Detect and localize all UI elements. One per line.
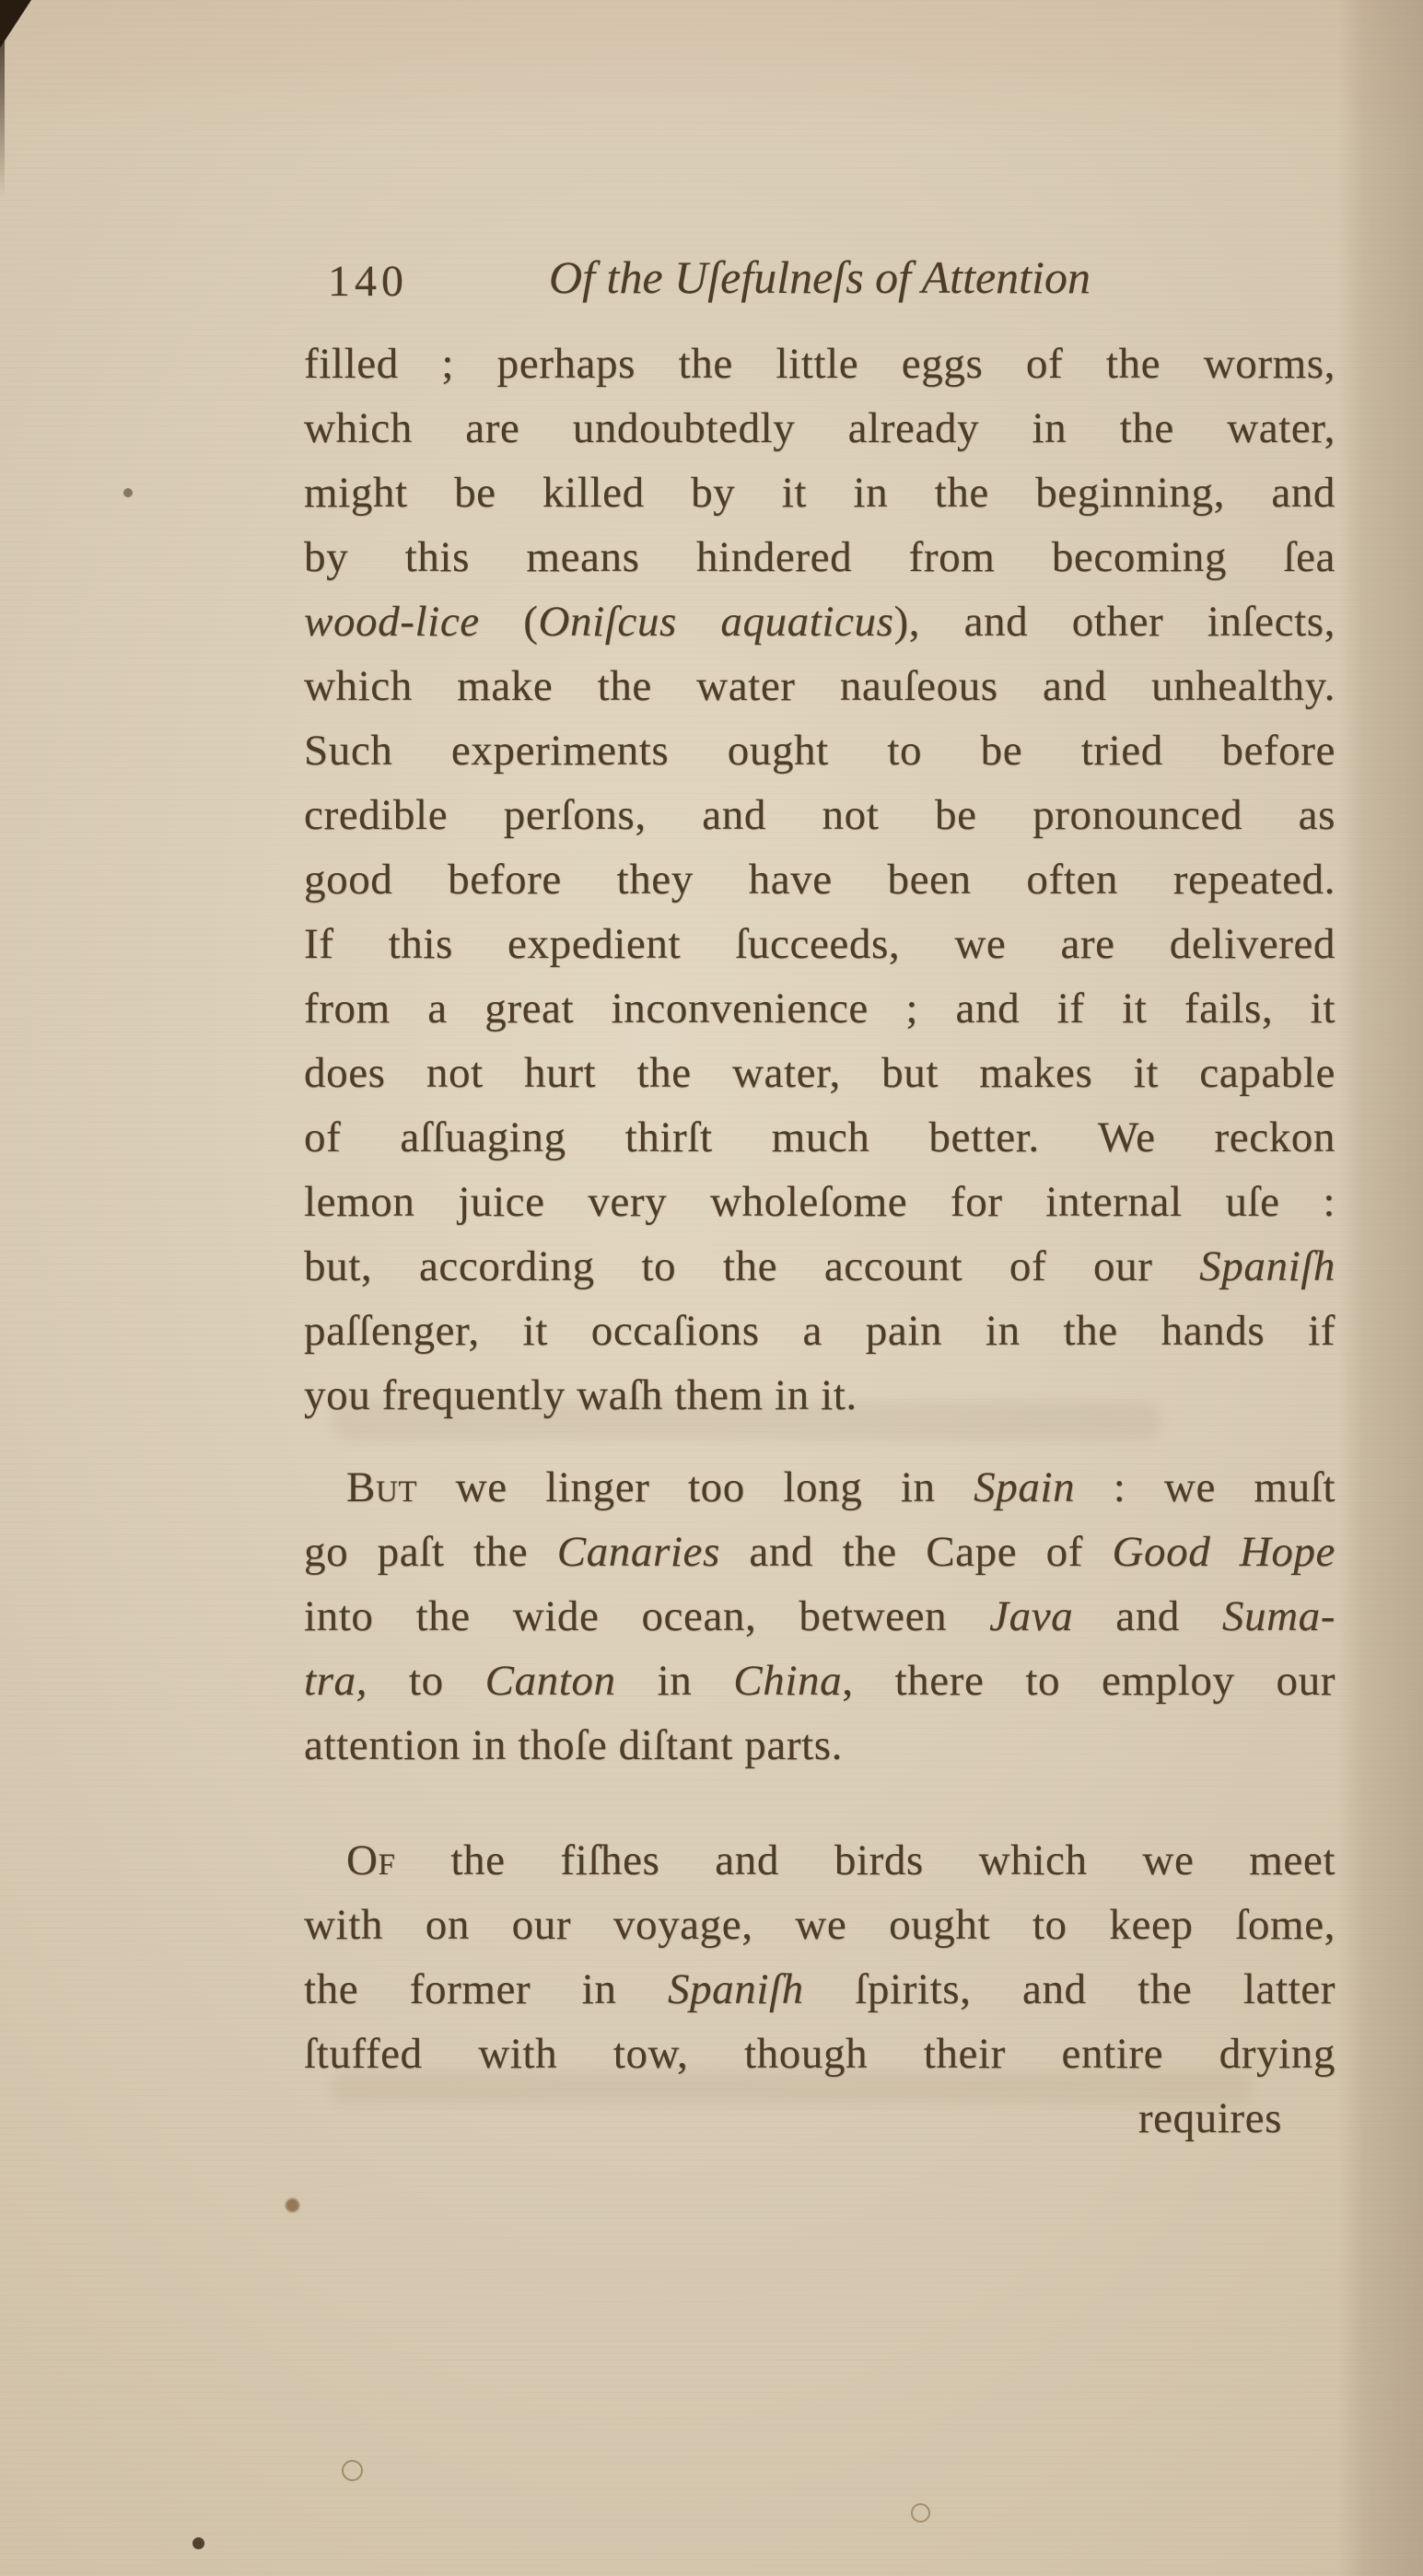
text-segment: credible perſons, and not be pronounced …	[304, 791, 1336, 839]
text-segment: wood-lice	[304, 598, 480, 646]
text-segment: Spaniſh	[668, 1965, 804, 2013]
text-segment: of aſſuaging thirſt much better. We reck…	[304, 1113, 1336, 1161]
text-line: from a great inconvenience ; and if it f…	[304, 976, 1336, 1041]
text-segment: and the Cape of	[720, 1528, 1113, 1576]
text-segment: ), and other inſects,	[894, 598, 1336, 646]
text-segment: If this expedient ſucceeds, we are deliv…	[304, 920, 1336, 968]
text-segment: the former in	[304, 1965, 668, 2013]
text-line: ſtuffed with tow, though their entire dr…	[304, 2022, 1336, 2086]
text-segment: with on our voyage, we ought to keep ſom…	[304, 1901, 1336, 1949]
text-segment: Good Hope	[1112, 1528, 1336, 1576]
page-header: 140 Of the Uſefulneſs of Attention	[304, 251, 1336, 320]
paper-speck	[286, 2198, 299, 2212]
text-segment: tra,	[304, 1657, 367, 1705]
text-line: If this expedient ſucceeds, we are deliv…	[304, 912, 1336, 976]
text-segment: into the wide ocean, between	[304, 1592, 989, 1640]
text-segment: (	[480, 598, 539, 646]
text-segment: , there to employ our	[842, 1657, 1336, 1705]
text-line: Of the fiſhes and birds which we meet	[304, 1828, 1336, 1893]
page-edge-shadow-right	[1338, 0, 1423, 2576]
paragraph: filled ; perhaps the little eggs of the …	[304, 332, 1336, 1428]
text-segment: Java	[989, 1592, 1073, 1640]
text-line: but, according to the account of our Spa…	[304, 1234, 1336, 1299]
text-segment: China	[733, 1657, 842, 1705]
catchword: requires	[304, 2086, 1336, 2151]
text-segment: and	[1073, 1592, 1222, 1640]
paper-speck	[192, 2537, 204, 2549]
text-segment: which make the water nauſeous and unheal…	[304, 662, 1336, 710]
text-segment: O	[346, 1836, 379, 1884]
text-segment: might be killed by it in the beginning, …	[304, 469, 1336, 517]
text-line: go paſt the Canaries and the Cape of Goo…	[304, 1520, 1336, 1584]
text-segment: the fiſhes and birds which we meet	[396, 1836, 1336, 1884]
text-segment: go paſt the	[304, 1528, 557, 1576]
text-line: filled ; perhaps the little eggs of the …	[304, 332, 1336, 396]
text-segment: to	[367, 1657, 485, 1705]
text-segment: which are undoubtedly already in the wat…	[304, 404, 1336, 452]
text-segment: lemon juice very wholeſome for internal …	[304, 1178, 1336, 1226]
running-header-title: Of the Uſefulneſs of Attention	[304, 251, 1336, 304]
text-segment: f	[379, 1836, 396, 1884]
text-line: But we linger too long in Spain : we muſ…	[304, 1455, 1336, 1520]
paper-speck	[911, 2503, 930, 2523]
text-segment: from a great inconvenience ; and if it f…	[304, 985, 1336, 1032]
body-text: filled ; perhaps the little eggs of the …	[304, 332, 1336, 2151]
paper-speck	[123, 488, 133, 497]
text-segment: paſſenger, it occaſions a pain in the ha…	[304, 1307, 1336, 1355]
text-segment: filled ; perhaps the little eggs of the …	[304, 340, 1336, 388]
text-line: which are undoubtedly already in the wat…	[304, 396, 1336, 460]
text-line: the former in Spaniſh ſpirits, and the l…	[304, 1957, 1336, 2022]
text-segment: we linger too long in	[417, 1463, 974, 1511]
text-segment: : we muſt	[1075, 1463, 1336, 1511]
paragraph: Of the fiſhes and birds which we meetwit…	[304, 1828, 1336, 2086]
text-segment: you frequently waſh them in it.	[304, 1371, 857, 1419]
text-line: might be killed by it in the beginning, …	[304, 460, 1336, 525]
text-line: paſſenger, it occaſions a pain in the ha…	[304, 1299, 1336, 1363]
text-segment: ſtuffed with tow, though their entire dr…	[304, 2030, 1336, 2078]
text-line: tra, to Canton in China, there to employ…	[304, 1649, 1336, 1713]
text-line: with on our voyage, we ought to keep ſom…	[304, 1893, 1336, 1957]
spine-edge-line	[0, 0, 5, 198]
text-line: of aſſuaging thirſt much better. We reck…	[304, 1105, 1336, 1170]
text-segment: Canton	[485, 1657, 616, 1705]
paper-speck	[342, 2460, 363, 2481]
text-line: good before they have been often repeate…	[304, 847, 1336, 912]
text-segment: Canaries	[557, 1528, 720, 1576]
book-page-scan: 140 Of the Uſefulneſs of Attention fille…	[0, 0, 1423, 2576]
text-line: credible perſons, and not be pronounced …	[304, 783, 1336, 847]
page-number: 140	[328, 256, 408, 307]
text-segment: ſpirits, and the latter	[804, 1965, 1336, 2013]
text-segment: does not hurt the water, but makes it ca…	[304, 1049, 1336, 1097]
text-segment: by this means hindered from becoming ſea	[304, 533, 1336, 581]
text-line: Such experiments ought to be tried befor…	[304, 718, 1336, 783]
text-line: you frequently waſh them in it.	[304, 1363, 1336, 1428]
text-segment: B	[346, 1463, 376, 1511]
text-line: attention in thoſe diſtant parts.	[304, 1713, 1336, 1778]
text-line: does not hurt the water, but makes it ca…	[304, 1041, 1336, 1105]
text-segment: in	[616, 1657, 734, 1705]
text-segment: good before they have been often repeate…	[304, 856, 1336, 903]
text-segment: ut	[376, 1463, 417, 1511]
text-segment: Spaniſh	[1199, 1242, 1336, 1290]
text-segment: Spain	[974, 1463, 1075, 1511]
text-segment: attention in thoſe diſtant parts.	[304, 1721, 843, 1769]
paragraph: But we linger too long in Spain : we muſ…	[304, 1455, 1336, 1778]
text-line: into the wide ocean, between Java and Su…	[304, 1584, 1336, 1649]
spine-corner-dark	[0, 0, 31, 48]
text-segment: Such experiments ought to be tried befor…	[304, 727, 1336, 775]
text-line: by this means hindered from becoming ſea	[304, 525, 1336, 589]
text-segment: Suma-	[1222, 1592, 1336, 1640]
text-line: lemon juice very wholeſome for internal …	[304, 1170, 1336, 1234]
text-segment: but, according to the account of our	[304, 1242, 1199, 1290]
text-segment: Oniſcus aquaticus	[538, 598, 893, 646]
text-line: which make the water nauſeous and unheal…	[304, 654, 1336, 718]
text-line: wood-lice (Oniſcus aquaticus), and other…	[304, 589, 1336, 654]
